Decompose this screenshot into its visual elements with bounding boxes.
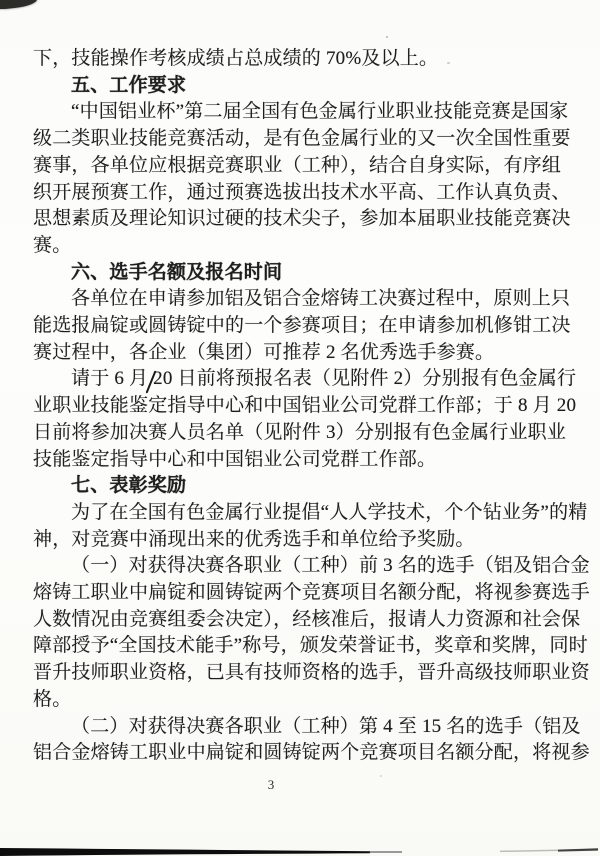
text-line: 日前将参加决赛人员名单（见附件 3）分别报有色金属行业职业: [33, 420, 573, 447]
ink-speck: [386, 36, 388, 38]
text-line: 级二类职业技能竞赛活动，是有色金属行业的又一次全国性重要: [33, 126, 573, 153]
text-line: 晋升技师职业资格，已具有技师资格的选手，晋升高级技师职业资: [33, 660, 573, 687]
page-number: 3: [0, 777, 542, 793]
text-line: 神，对竞赛中涌现出来的优秀选手和单位给予奖励。: [33, 527, 573, 554]
text-line: 织开展预赛工作，通过预赛选拔出技术水平高、工作认真负责、: [33, 180, 573, 207]
text-line: 障部授予“全国技术能手”称号，颁发荣誉证书，奖章和奖牌，同时: [33, 633, 573, 660]
text-line: 请于 6 月 20 日前将预报名表（见附件 2）分别报有色金属行: [33, 366, 573, 393]
text-line: “中国铝业杯”第二届全国有色金属行业职业技能竞赛是国家: [33, 99, 573, 126]
text-line: 六、选手名额及报名时间: [33, 260, 573, 287]
text-line: （一）对获得决赛各职业（工种）前 3 名的选手（铝及铝合金: [33, 553, 573, 580]
text-line: 赛过程中，各企业（集团）可推荐 2 名优秀选手参赛。: [33, 340, 573, 367]
text-line: 各单位在申请参加铝及铝合金熔铸工决赛过程中，原则上只: [33, 286, 573, 313]
document-body: 下，技能操作考核成绩占总成绩的 70%及以上。五、工作要求“中国铝业杯”第二届全…: [33, 46, 573, 767]
scan-smudge-top-left: [0, 0, 38, 10]
text-line: 铝合金熔铸工职业中扁锭和圆铸锭两个竞赛项目名额分配，将视参: [33, 740, 573, 767]
text-line: 七、表彰奖励: [33, 473, 573, 500]
text-line: 五、工作要求: [33, 73, 573, 100]
text-line: 格。: [33, 687, 573, 714]
text-line: 赛。: [33, 233, 573, 260]
text-line: 赛事，各单位应根据竞赛职业（工种），结合自身实际，有序组: [33, 153, 573, 180]
text-line: 思想素质及理论知识过硬的技术尖子，参加本届职业技能竞赛决: [33, 206, 573, 233]
text-line: 人数情况由竞赛组委会决定），经核准后，报请人力资源和社会保: [33, 607, 573, 634]
text-line: 熔铸工职业中扁锭和圆铸锭两个竞赛项目名额分配，将视参赛选手: [33, 580, 573, 607]
document-page: 下，技能操作考核成绩占总成绩的 70%及以上。五、工作要求“中国铝业杯”第二届全…: [0, 0, 600, 856]
text-line: （二）对获得决赛各职业（工种）第 4 至 15 名的选手（铝及: [33, 714, 573, 741]
text-line: 技能鉴定指导中心和中国铝业公司党群工作部。: [33, 447, 573, 474]
scan-artifact-bottom-band: [0, 840, 600, 856]
text-line: 下，技能操作考核成绩占总成绩的 70%及以上。: [33, 46, 573, 73]
text-line: 为了在全国有色金属行业提倡“人人学技术，个个钻业务”的精: [33, 500, 573, 527]
text-line: 业职业技能鉴定指导中心和中国铝业公司党群工作部；于 8 月 20: [33, 393, 573, 420]
text-line: 能选报扁锭或圆铸锭中的一个参赛项目；在申请参加机修钳工决: [33, 313, 573, 340]
